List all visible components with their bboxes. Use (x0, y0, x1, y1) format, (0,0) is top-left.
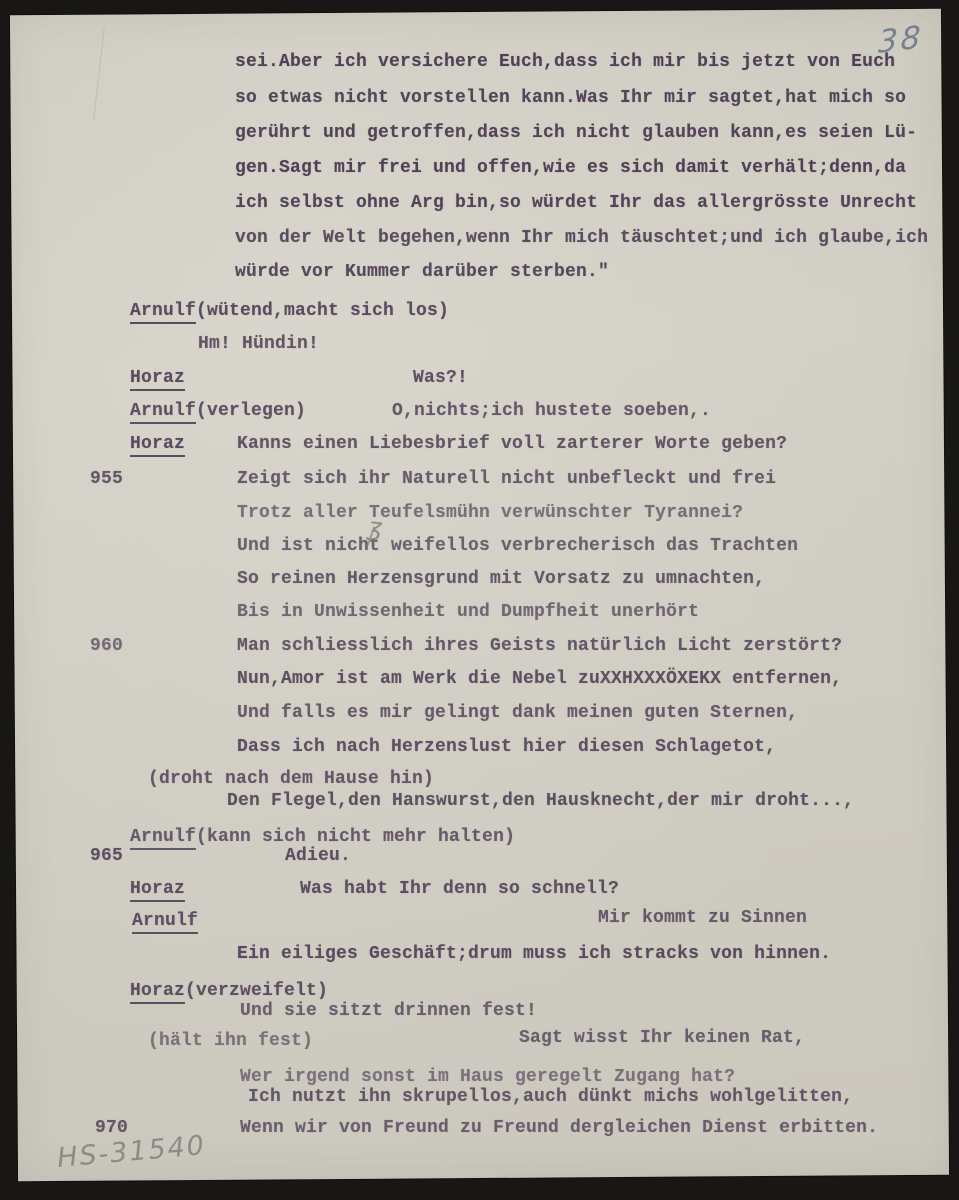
line-text: 965 (90, 846, 123, 866)
line-text: So reinen Herzensgrund mit Vorsatz zu um… (237, 569, 765, 589)
text-line: Arnulf (132, 912, 198, 930)
line-text: Sagt wisst Ihr keinen Rat, (519, 1028, 805, 1048)
text-line: ich selbst ohne Arg bin,so würdet Ihr da… (235, 194, 917, 212)
line-text: Trotz aller Teufelsmühn verwünschter Tyr… (237, 503, 743, 523)
line-text: Mir kommt zu Sinnen (598, 908, 807, 928)
pencil-insertion-mark: ʒ (367, 512, 384, 542)
text-line: Horaz (130, 880, 185, 898)
handwritten-page-number: 38 (877, 19, 924, 61)
text-line: Horaz (130, 435, 185, 453)
text-line: (droht nach dem Hause hin) (148, 770, 434, 788)
text-line: Trotz aller Teufelsmühn verwünschter Tyr… (237, 504, 743, 522)
text-line: Adieu. (285, 847, 351, 865)
text-line: 970 (95, 1119, 128, 1137)
text-line: Was habt Ihr denn so schnell? (300, 880, 619, 898)
text-line: Ein eiliges Geschäft;drum muss ich strac… (237, 945, 831, 963)
text-line: Arnulf(verlegen) (130, 402, 306, 420)
text-line: Man schliesslich ihres Geists natürlich … (237, 637, 842, 655)
line-text: Und sie sitzt drinnen fest! (240, 1001, 537, 1021)
line-text: würde vor Kummer darüber sterben." (235, 262, 609, 282)
line-text: gen.Sagt mir frei und offen,wie es sich … (235, 158, 906, 178)
speaker-name: Horaz (130, 981, 185, 1004)
speaker-name: Horaz (130, 879, 185, 902)
text-line: Kanns einen Liebesbrief voll zarterer Wo… (237, 435, 787, 453)
line-text: von der Welt begehen,wenn Ihr mich täusc… (235, 228, 928, 248)
line-text: (hält ihn fest) (148, 1031, 313, 1051)
line-text: gerührt und getroffen,dass ich nicht gla… (235, 123, 917, 143)
text-line: Zeigt sich ihr Naturell nicht unbefleckt… (237, 470, 776, 488)
speaker-name: Arnulf (130, 401, 196, 424)
line-text: Man schliesslich ihres Geists natürlich … (237, 636, 842, 656)
line-text: so etwas nicht vorstellen kann.Was Ihr m… (235, 88, 906, 108)
line-text: Was?! (413, 368, 468, 388)
line-text: Dass ich nach Herzenslust hier diesen Sc… (237, 737, 776, 757)
line-text: 970 (95, 1118, 128, 1138)
line-text: Ich nutzt ihn skrupellos,auch dünkt mich… (248, 1087, 853, 1107)
line-text: 960 (90, 636, 123, 656)
line-text: (wütend,macht sich los) (196, 301, 449, 321)
text-line: Mir kommt zu Sinnen (598, 909, 807, 927)
line-text: (verlegen) (196, 401, 306, 421)
text-line: Den Flegel,den Hanswurst,den Hausknecht,… (227, 792, 854, 810)
line-text: Ein eiliges Geschäft;drum muss ich strac… (237, 944, 831, 964)
text-line: 955 (90, 470, 123, 488)
text-line: sei.Aber ich versichere Euch,dass ich mi… (235, 53, 895, 71)
line-text: Kanns einen Liebesbrief voll zarterer Wo… (237, 434, 787, 454)
line-text: (kann sich nicht mehr halten) (196, 827, 515, 847)
line-text: Und ist nicht weifellos verbrecherisch d… (237, 536, 798, 556)
line-text: (droht nach dem Hause hin) (148, 769, 434, 789)
text-line: Dass ich nach Herzenslust hier diesen Sc… (237, 738, 776, 756)
line-text: Adieu. (285, 846, 351, 866)
line-text: Wenn wir von Freund zu Freund dergleiche… (240, 1118, 878, 1138)
speaker-name: Arnulf (130, 827, 196, 850)
line-text: Den Flegel,den Hanswurst,den Hausknecht,… (227, 791, 854, 811)
speaker-name: Horaz (130, 434, 185, 457)
speaker-name: Arnulf (132, 911, 198, 934)
text-line: Und sie sitzt drinnen fest! (240, 1002, 537, 1020)
text-line: so etwas nicht vorstellen kann.Was Ihr m… (235, 89, 906, 107)
line-text: Und falls es mir gelingt dank meinen gut… (237, 703, 798, 723)
text-line: So reinen Herzensgrund mit Vorsatz zu um… (237, 570, 765, 588)
text-line: Wenn wir von Freund zu Freund dergleiche… (240, 1119, 878, 1137)
line-text: Wer irgend sonst im Haus geregelt Zugang… (240, 1067, 735, 1087)
text-line: würde vor Kummer darüber sterben." (235, 263, 609, 281)
text-line: Horaz (130, 369, 185, 387)
line-text: ich selbst ohne Arg bin,so würdet Ihr da… (235, 193, 917, 213)
text-line: Nun,Amor ist am Werk die Nebel zuXXHXXXÖ… (237, 670, 842, 688)
text-line: Arnulf(kann sich nicht mehr halten) (130, 828, 515, 846)
line-text: O,nichts;ich hustete soeben,. (392, 401, 711, 421)
text-line: gen.Sagt mir frei und offen,wie es sich … (235, 159, 906, 177)
text-line: Und falls es mir gelingt dank meinen gut… (237, 704, 798, 722)
text-line: Ich nutzt ihn skrupellos,auch dünkt mich… (248, 1088, 853, 1106)
line-text: Zeigt sich ihr Naturell nicht unbefleckt… (237, 469, 776, 489)
line-text: (verzweifelt) (185, 981, 328, 1001)
line-text: Bis in Unwissenheit und Dumpfheit unerhö… (237, 602, 699, 622)
typewritten-text-block: sei.Aber ich versichere Euch,dass ich mi… (0, 0, 959, 1200)
text-line: Was?! (413, 369, 468, 387)
text-line: (hält ihn fest) (148, 1032, 313, 1050)
line-text: 955 (90, 469, 123, 489)
text-line: Bis in Unwissenheit und Dumpfheit unerhö… (237, 603, 699, 621)
text-line: Wer irgend sonst im Haus geregelt Zugang… (240, 1068, 735, 1086)
text-line: gerührt und getroffen,dass ich nicht gla… (235, 124, 917, 142)
scan-background: sei.Aber ich versichere Euch,dass ich mi… (0, 0, 959, 1200)
text-line: Horaz(verzweifelt) (130, 982, 328, 1000)
text-line: von der Welt begehen,wenn Ihr mich täusc… (235, 229, 928, 247)
text-line: O,nichts;ich hustete soeben,. (392, 402, 711, 420)
text-line: 965 (90, 847, 123, 865)
text-line: Sagt wisst Ihr keinen Rat, (519, 1029, 805, 1047)
text-line: Arnulf(wütend,macht sich los) (130, 302, 449, 320)
text-line: Hm! Hündin! (198, 335, 319, 353)
line-text: Nun,Amor ist am Werk die Nebel zuXXHXXXÖ… (237, 669, 842, 689)
speaker-name: Arnulf (130, 301, 196, 324)
text-line: Und ist nicht weifellos verbrecherisch d… (237, 537, 798, 555)
speaker-name: Horaz (130, 368, 185, 391)
line-text: sei.Aber ich versichere Euch,dass ich mi… (235, 52, 895, 72)
line-text: Hm! Hündin! (198, 334, 319, 354)
line-text: Was habt Ihr denn so schnell? (300, 879, 619, 899)
text-line: 960 (90, 637, 123, 655)
